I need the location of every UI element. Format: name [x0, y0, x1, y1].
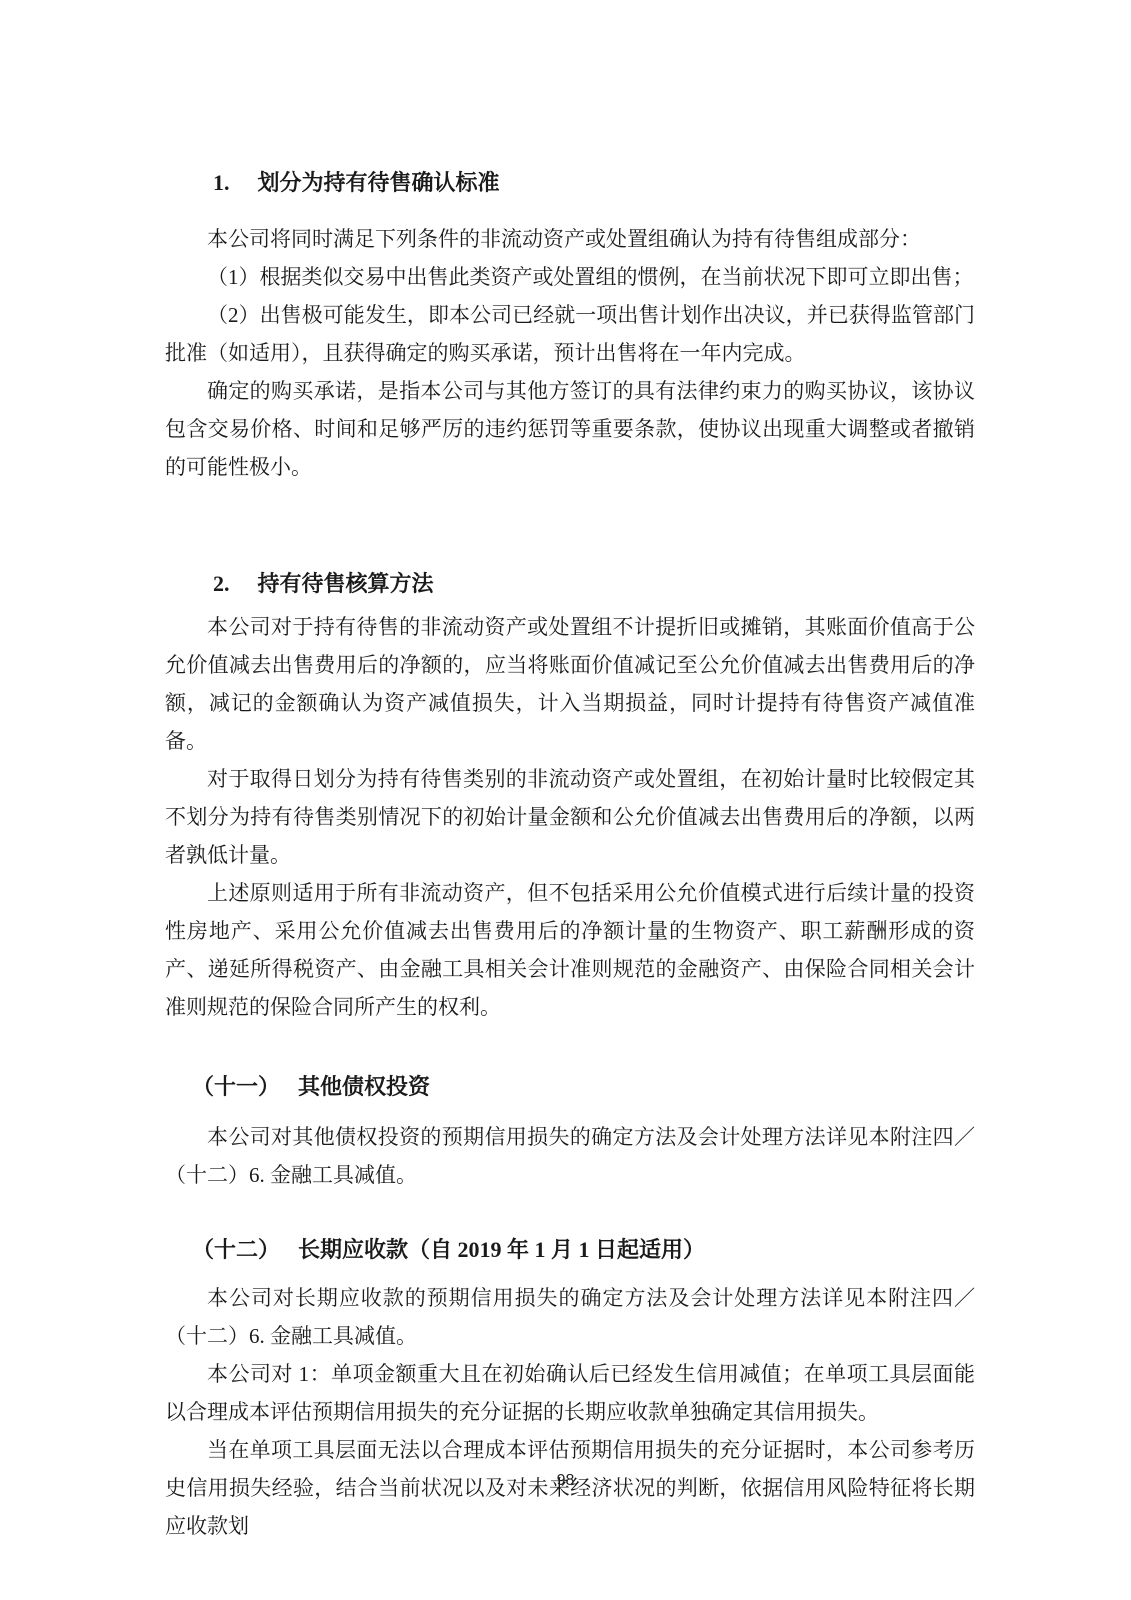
- section-title: 持有待售核算方法: [258, 571, 434, 596]
- paragraph: （1）根据类似交易中出售此类资产或处置组的惯例，在当前状况下即可立即出售；: [165, 258, 975, 296]
- section-number: 1.: [213, 164, 230, 202]
- paragraph: 上述原则适用于所有非流动资产，但不包括采用公允价值模式进行后续计量的投资性房地产…: [165, 874, 975, 1026]
- page-number: 98: [0, 1472, 1131, 1490]
- document-content: 1.划分为持有待售确认标准 本公司将同时满足下列条件的非流动资产或处置组确认为持…: [165, 164, 975, 1545]
- section-heading-2: 2.持有待售核算方法: [213, 565, 975, 603]
- section-title: 长期应收款（自 2019 年 1 月 1 日起适用）: [298, 1237, 705, 1262]
- paragraph: （2）出售极可能发生，即本公司已经就一项出售计划作出决议，并已获得监管部门批准（…: [165, 296, 975, 372]
- section-heading-11: （十一）其他债权投资: [192, 1068, 975, 1106]
- section-heading-12: （十二）长期应收款（自 2019 年 1 月 1 日起适用）: [192, 1231, 975, 1269]
- paragraph: 本公司将同时满足下列条件的非流动资产或处置组确认为持有待售组成部分：: [165, 220, 975, 258]
- section-title: 其他债权投资: [298, 1074, 430, 1099]
- section-number: （十一）: [192, 1068, 280, 1106]
- section-number: （十二）: [192, 1231, 280, 1269]
- paragraph: 本公司对其他债权投资的预期信用损失的确定方法及会计处理方法详见本附注四／（十二）…: [165, 1118, 975, 1194]
- paragraph: 本公司对长期应收款的预期信用损失的确定方法及会计处理方法详见本附注四／（十二）6…: [165, 1279, 975, 1355]
- section-title: 划分为持有待售确认标准: [258, 170, 500, 195]
- paragraph: 本公司对 1：单项金额重大且在初始确认后已经发生信用减值；在单项工具层面能以合理…: [165, 1355, 975, 1431]
- document-page: 1.划分为持有待售确认标准 本公司将同时满足下列条件的非流动资产或处置组确认为持…: [0, 0, 1131, 1600]
- paragraph: 对于取得日划分为持有待售类别的非流动资产或处置组，在初始计量时比较假定其不划分为…: [165, 760, 975, 874]
- paragraph: 确定的购买承诺，是指本公司与其他方签订的具有法律约束力的购买协议，该协议包含交易…: [165, 372, 975, 486]
- section-number: 2.: [213, 565, 230, 603]
- paragraph: 本公司对于持有待售的非流动资产或处置组不计提折旧或摊销，其账面价值高于公允价值减…: [165, 608, 975, 760]
- section-heading-1: 1.划分为持有待售确认标准: [213, 164, 975, 202]
